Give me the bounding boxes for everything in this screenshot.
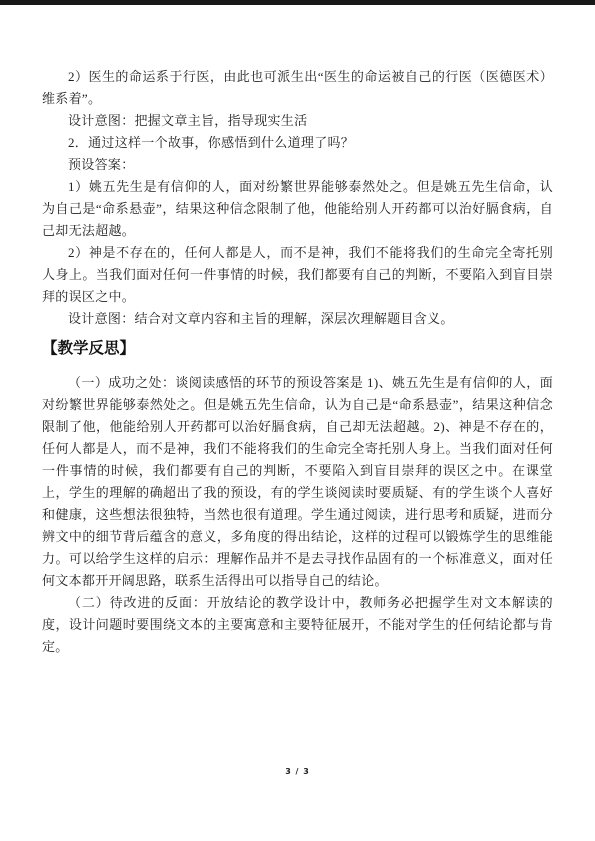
page-top-border xyxy=(0,0,595,5)
paragraph-design-intent-1: 设计意图：把握文章主旨，指导现实生活 xyxy=(42,110,553,132)
paragraph-preset-answer-1: 1）姚五先生是有信仰的人，面对纷繁世界能够泰然处之。但是姚五先生信命，认为自己是… xyxy=(42,176,553,242)
paragraph-design-intent-2: 设计意图：结合对文章内容和主旨的理解，深层次理解题目含义。 xyxy=(42,308,553,330)
document-content: 2）医生的命运系于行医，由此也可派生出“医生的命运被自己的行医（医德医术）维系着… xyxy=(42,66,553,658)
paragraph-preset-answers-label: 预设答案： xyxy=(42,154,553,176)
paragraph-answer-2: 2）医生的命运系于行医，由此也可派生出“医生的命运被自己的行医（医德医术）维系着… xyxy=(42,66,553,110)
paragraph-question-2: 2．通过这样一个故事，你感悟到什么道理了吗？ xyxy=(42,132,553,154)
document-page: 2）医生的命运系于行医，由此也可派生出“医生的命运被自己的行医（医德医术）维系着… xyxy=(0,0,595,841)
page-number: 3 / 3 xyxy=(0,767,595,776)
section-heading-teaching-reflection: 【教学反思】 xyxy=(42,336,553,362)
paragraph-preset-answer-2: 2）神是不存在的，任何人都是人，而不是神，我们不能将我们的生命完全寄托别人身上。… xyxy=(42,242,553,308)
paragraph-reflection-improvement: （二）待改进的反面：开放结论的教学设计中，教师务必把握学生对文本解读的度，设计问… xyxy=(42,592,553,658)
paragraph-reflection-success: （一）成功之处：谈阅读感悟的环节的预设答案是 1)、姚五先生是有信仰的人，面对纷… xyxy=(42,372,553,592)
